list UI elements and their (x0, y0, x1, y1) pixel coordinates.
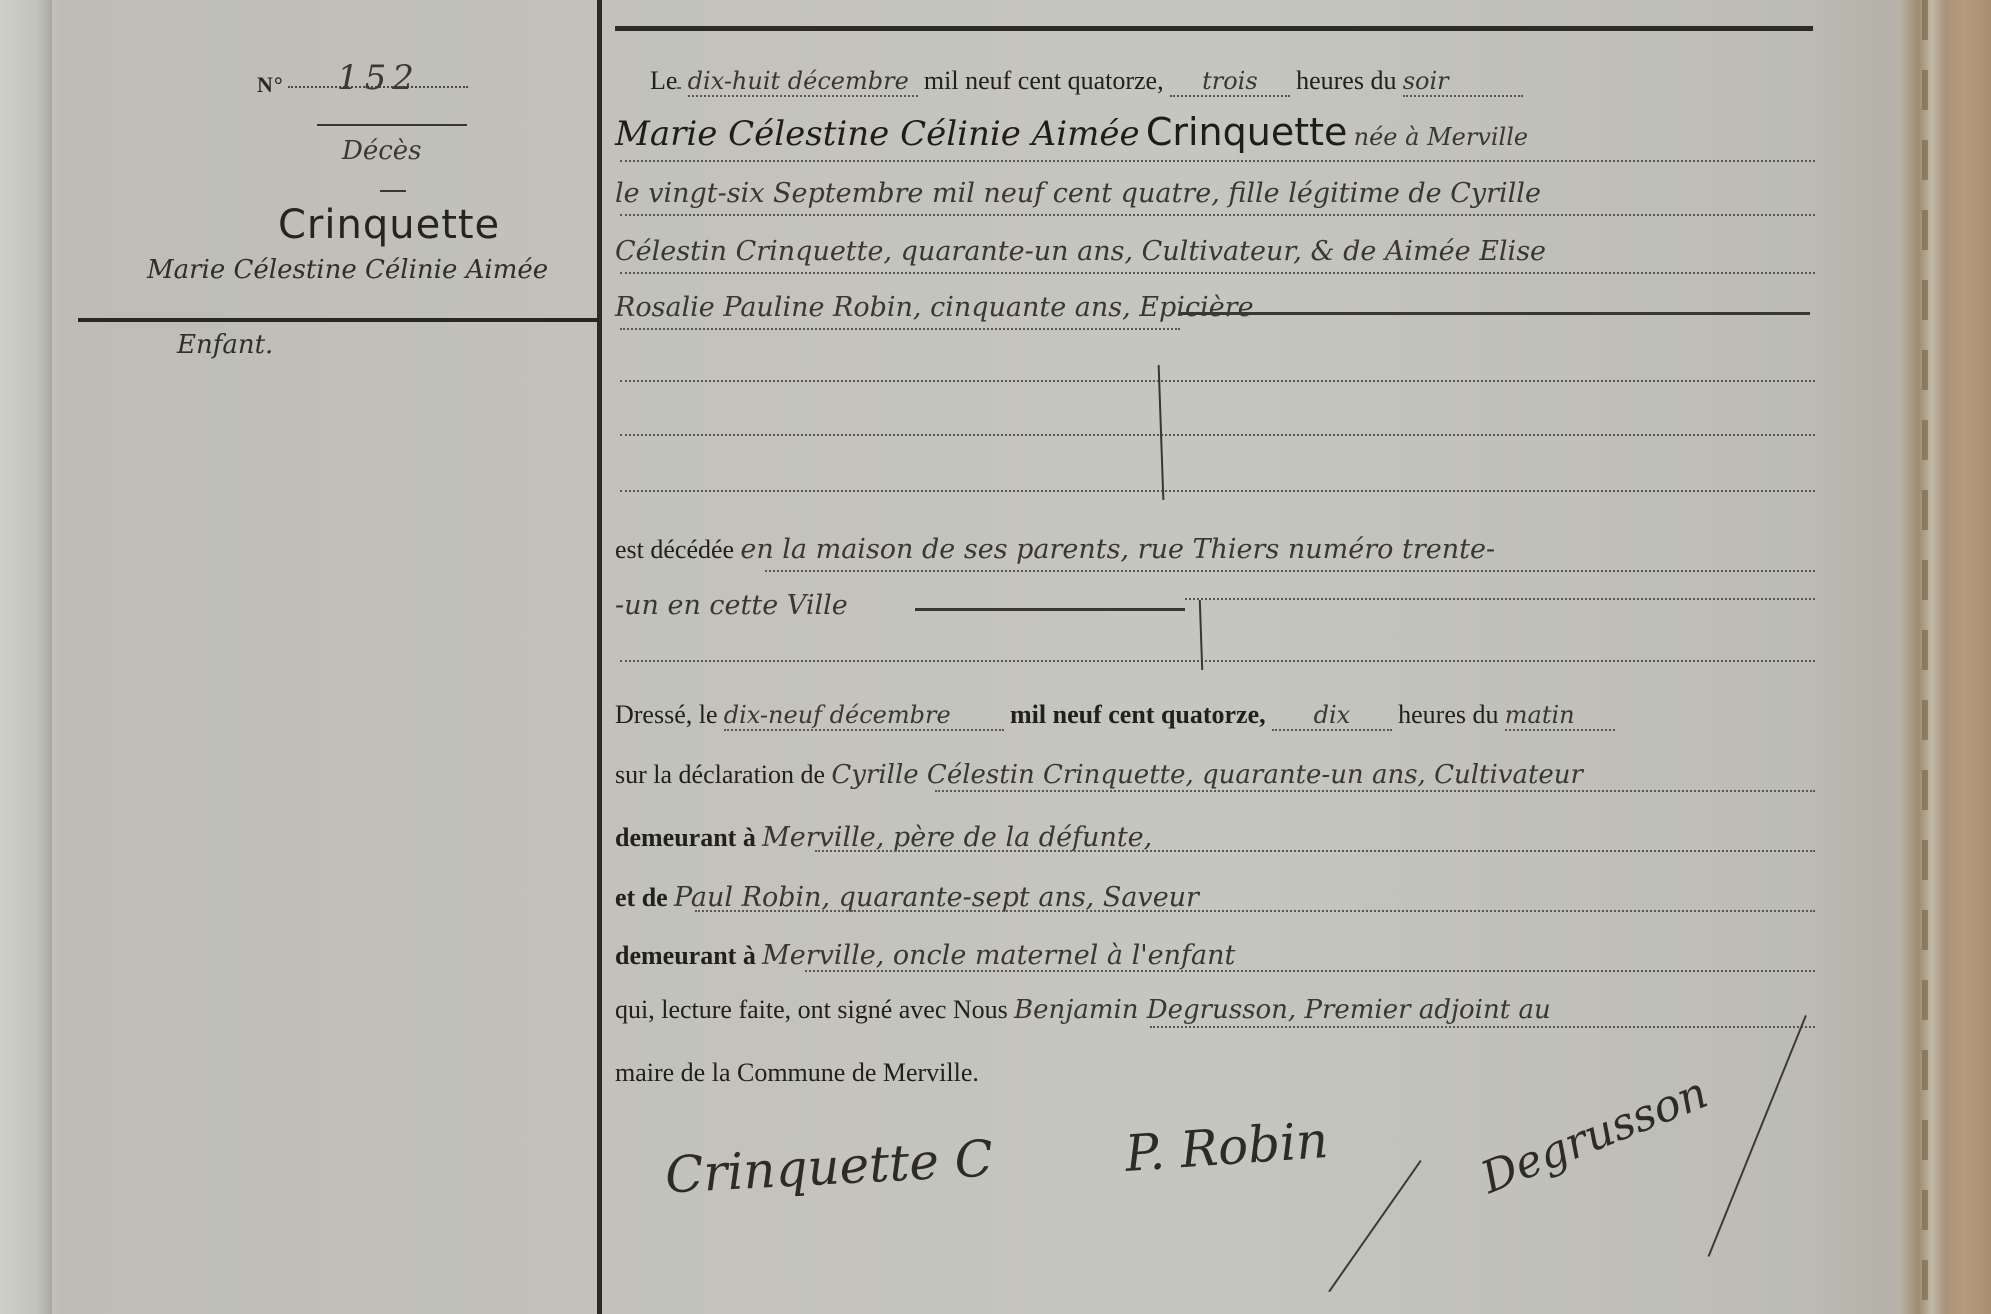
dotline-residence-2 (805, 970, 1815, 972)
line-death-place-2: -un en cette Ville (615, 590, 1815, 621)
residence-2: Merville, oncle maternel à l'enfant (762, 940, 1235, 971)
line-birth-date: le vingt-six Septembre mil neuf cent qua… (615, 178, 1815, 209)
dotline-death-1 (765, 570, 1815, 572)
deceased-given-names: Marie Célestine Célinie Aimée (615, 114, 1140, 154)
label-demeurant-1: demeurant à (615, 823, 756, 852)
dotline-residence-1 (815, 850, 1815, 852)
line-death-place: est décédée en la maison de ses parents,… (615, 534, 1815, 565)
binding-stitch (1922, 0, 1928, 1314)
drawn-up-year: mil neuf cent quatorze, (1010, 700, 1266, 729)
signature-flourish-1 (1328, 1160, 1421, 1292)
book-edge (1900, 0, 1991, 1314)
drawn-up-date: dix-neuf décembre (724, 701, 1004, 731)
line-drawn-up: Dressé, le dix-neuf décembre mil neuf ce… (615, 700, 1815, 731)
label-declaration: sur la déclaration de (615, 760, 825, 789)
record-type: Décès (342, 136, 422, 166)
blank-dotline-1 (620, 380, 1815, 382)
death-date: dix-huit décembre (688, 67, 918, 97)
line-declarant-2: et de Paul Robin, quarante-sept ans, Sav… (615, 882, 1815, 913)
closing-text: maire de la Commune de Merville. (615, 1058, 979, 1087)
line-residence-2: demeurant à Merville, oncle maternel à l… (615, 940, 1815, 971)
death-place-1: en la maison de ses parents, rue Thiers … (740, 534, 1495, 565)
register-page: N° 152 Décès Crinquette Marie Célestine … (0, 0, 1991, 1314)
residence-1: Merville, père de la défunte, (762, 822, 1152, 853)
signature-flourish-2 (1708, 1015, 1807, 1257)
dots (677, 87, 681, 89)
label-est-decedee: est décédée (615, 535, 734, 564)
record-surname: Crinquette (278, 202, 500, 248)
line-deceased-name: Marie Célestine Célinie Aimée Crinquette… (615, 110, 1815, 154)
dotline-3 (620, 214, 1815, 216)
declarant-1: Cyrille Célestin Crinquette, quarante-un… (831, 760, 1583, 790)
number-underline (317, 124, 467, 126)
record-given-names: Marie Célestine Célinie Aimée (147, 255, 548, 285)
fill-rule-death (915, 608, 1185, 611)
death-hour: trois (1170, 67, 1290, 97)
blank-slash-1 (1158, 365, 1165, 500)
line-date-of-death: Le dix-huit décembre mil neuf cent quato… (615, 66, 1815, 97)
line-residence-1: demeurant à Merville, père de la défunte… (615, 822, 1815, 853)
line-father: Célestin Crinquette, quarante-un ans, Cu… (615, 236, 1815, 267)
label-dresse: Dressé, le (615, 700, 718, 729)
dotline-2 (620, 160, 1815, 162)
record-number: N° 152 (257, 72, 468, 98)
death-place-2: -un en cette Ville (615, 590, 848, 621)
dotline-4 (620, 272, 1815, 274)
line-declarant-1: sur la déclaration de Cyrille Célestin C… (615, 760, 1815, 790)
label-signed: qui, lecture faite, ont signé avec Nous (615, 995, 1008, 1024)
number-value: 152 (337, 58, 420, 98)
line-signed: qui, lecture faite, ont signé avec Nous … (615, 995, 1815, 1025)
dotline-5 (620, 328, 1180, 330)
label-heures-du: heures du (1296, 66, 1396, 95)
line-mother: Rosalie Pauline Robin, cinquante ans, Ep… (615, 292, 1815, 323)
dotline-declarant-2 (695, 910, 1815, 912)
label-le: Le (650, 66, 677, 95)
left-binding (0, 0, 52, 1314)
label-et-de: et de (615, 883, 668, 912)
drawn-up-period: matin (1505, 701, 1615, 731)
dotline-signed (1150, 1026, 1815, 1028)
margin-column: N° 152 Décès Crinquette Marie Célestine … (52, 0, 597, 1314)
father-details: Célestin Crinquette, quarante-un ans, Cu… (615, 236, 1546, 267)
label-demeurant-2: demeurant à (615, 941, 756, 970)
birth-place: née à Merville (1354, 123, 1528, 151)
line-closing: maire de la Commune de Merville. (615, 1058, 1815, 1088)
fill-rule-5 (1180, 312, 1810, 315)
death-year: mil neuf cent quatorze, (924, 66, 1164, 95)
label-heures-du-2: heures du (1398, 700, 1498, 729)
deceased-surname: Crinquette (1146, 110, 1348, 154)
blank-dotline-3 (620, 490, 1815, 492)
dotline-death-2 (1185, 598, 1815, 600)
column-divider (597, 0, 602, 1314)
signature-robin: P. Robin (1123, 1111, 1330, 1183)
death-period: soir (1403, 67, 1523, 97)
number-label: N° (257, 72, 284, 97)
drawn-up-hour: dix (1272, 701, 1392, 731)
blank-dotline-4 (620, 660, 1815, 662)
record-status: Enfant. (177, 330, 273, 360)
type-dash (380, 190, 406, 192)
officer: Benjamin Degrusson, Premier adjoint au (1014, 995, 1551, 1025)
dotline-declarant-1 (935, 790, 1815, 792)
signature-crinquette: Crinquette C (664, 1129, 995, 1204)
mother-details: Rosalie Pauline Robin, cinquante ans, Ep… (615, 292, 1254, 323)
declarant-2: Paul Robin, quarante-sept ans, Saveur (674, 882, 1199, 913)
blank-dotline-2 (620, 434, 1815, 436)
act-body: Le dix-huit décembre mil neuf cent quato… (615, 0, 1815, 1314)
birth-details: le vingt-six Septembre mil neuf cent qua… (615, 178, 1541, 209)
